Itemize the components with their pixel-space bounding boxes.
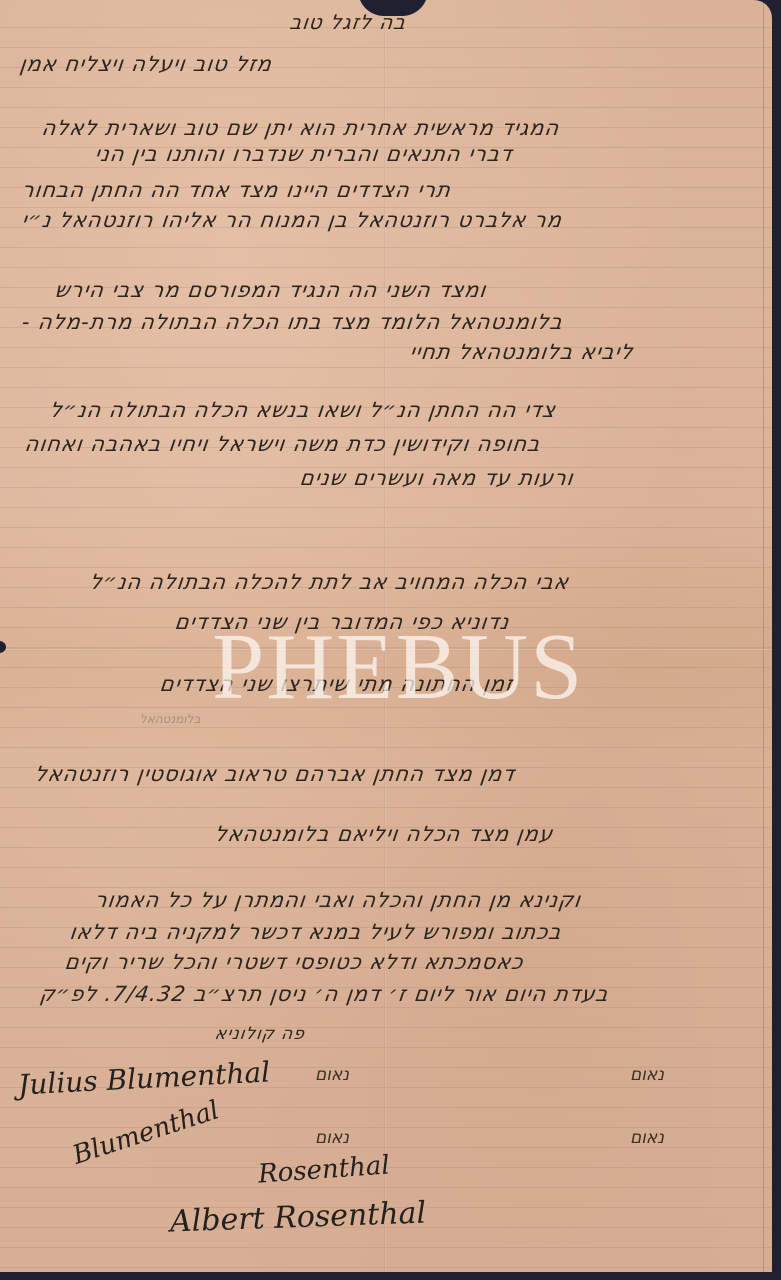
witness-label: נאום [630, 1065, 664, 1085]
text-line: בעדת היום אור ליום ז׳ דמן ה׳ ניסן תרצ״ב … [38, 982, 610, 1006]
text-line: תרי הצדדים היינו מצד אחד הה החתן הבחור [20, 178, 452, 202]
witness-label: נאום [315, 1065, 349, 1085]
text-line: בכתוב ומפורש לעיל במנא דכשר למקניה ביה ד… [68, 920, 563, 944]
document-sheet: בה לזגל טוב מזל טוב ויעלה ויצליח אמן המג… [0, 0, 772, 1272]
text-line: כאסמכתא ודלא כטופסי דשטרי והכל שריר וקים [63, 950, 525, 974]
text-line: ורעות עד מאה ועשרים שנים [298, 466, 575, 490]
watermark: PHEBUS [212, 620, 584, 714]
text-line: ליביא בלומנטהאל תחיי [408, 340, 635, 364]
text-line: דברי התנאים והברית שנדברו והותנו בין הני [93, 142, 514, 166]
margin-line [763, 0, 764, 1272]
place-line: פה קולוניא [214, 1024, 307, 1044]
text-line: בחופה וקידושין כדת משה וישראל ויחיו באהב… [23, 432, 542, 456]
witness-label: נאום [630, 1128, 664, 1148]
text-line: בלומנטהאל הלומד מצד בתו הכלה הבתולה מרת-… [20, 310, 564, 334]
text-line: עמן מצד הכלה ויליאם בלומנטהאל [213, 822, 555, 846]
witness-label: נאום [315, 1128, 349, 1148]
text-line: מר אלברט רוזנטהאל בן המנוח הר אליהו רוזנ… [20, 208, 564, 232]
text-line: ומצד השני הה הנגיד המפורסם מר צבי הירש [53, 278, 488, 302]
text-line: וקנינא מן החתן והכלה ואבי והמתרן על כל ה… [93, 888, 582, 912]
pencil-note: בלומנטהאל [140, 712, 200, 726]
paper-tear [372, 1272, 396, 1280]
subheader-blessing: מזל טוב ויעלה ויצליח אמן [18, 52, 273, 76]
text-line: אבי הכלה המחויב אב לתת להכלה הבתולה הנ״ל [88, 570, 570, 594]
text-line: המגיד מראשית אחרית הוא יתן שם טוב ושארית… [40, 116, 561, 140]
text-line: דמן מצד החתן אברהם טראוב אוגוסטין רוזנטה… [33, 762, 516, 786]
text-line: צדי הה החתן הנ״ל ושאו בנשא הכלה הבתולה ה… [48, 398, 557, 422]
